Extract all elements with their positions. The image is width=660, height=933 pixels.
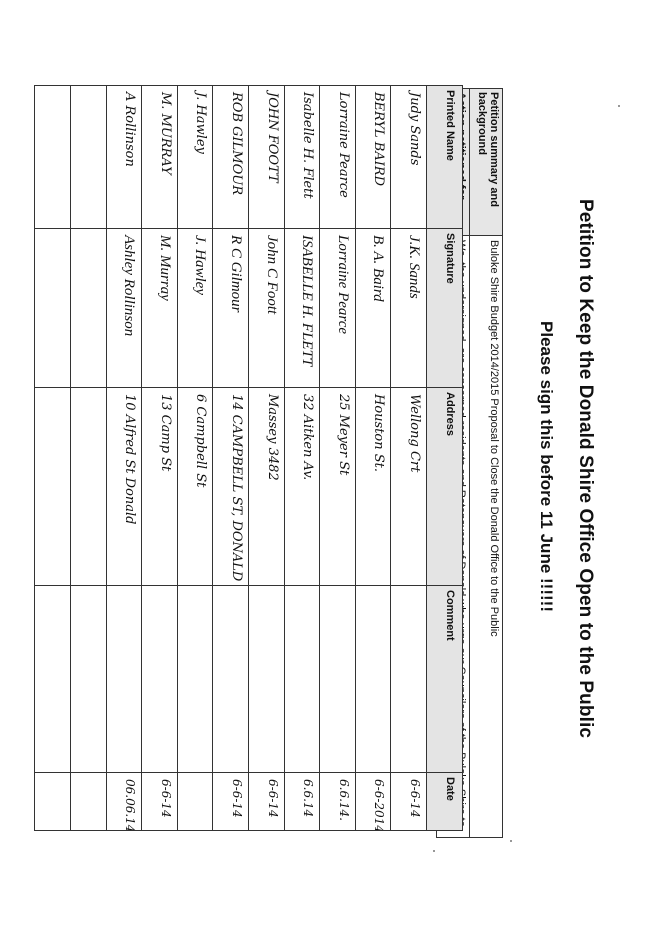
- table-row: Isabelle H. FlettISABELLE H. FLETT32 Ait…: [284, 86, 320, 831]
- petition-subtitle-text: Please sign this before 11 June !!!!!!: [537, 321, 556, 612]
- petition-page: Petition to Keep the Donald Shire Office…: [0, 0, 660, 933]
- cell-address: Wellong Crt: [391, 388, 427, 586]
- table-row: J. HawleyJ. Hawley6 Campbell St: [177, 86, 213, 831]
- column-header-address: Address: [427, 388, 463, 586]
- table-row: Judy SandsJ.K. SandsWellong Crt6-6-14: [391, 86, 427, 831]
- cell-address: 14 CAMPBELL ST, DONALD: [213, 388, 249, 586]
- column-header-comment: Comment: [427, 586, 463, 773]
- cell-name: M. MURRAY: [142, 86, 178, 229]
- table-row: ROB GILMOURR C Gilmour14 CAMPBELL ST, DO…: [213, 86, 249, 831]
- cell-comment: [71, 586, 107, 773]
- table-row: JOHN FOOTTJohn C FoottMassey 34826-6-14: [249, 86, 285, 831]
- cell-address: 25 Meyer St: [320, 388, 356, 586]
- cell-comment: [213, 586, 249, 773]
- scan-speck: [510, 840, 512, 842]
- cell-comment: [391, 586, 427, 773]
- cell-name: A Rollinson: [106, 86, 142, 229]
- summary-label: Petition summary and background: [470, 89, 503, 236]
- cell-address: Houston St.: [355, 388, 391, 586]
- cell-address: 13 Camp St: [142, 388, 178, 586]
- cell-name: J. Hawley: [177, 86, 213, 229]
- cell-date: [71, 773, 107, 831]
- cell-signature: J. Hawley: [177, 229, 213, 388]
- column-header-printed-name: Printed Name: [427, 86, 463, 229]
- scan-speck: [433, 850, 435, 852]
- scan-speck: [618, 105, 620, 107]
- cell-signature: Lorraine Pearce: [320, 229, 356, 388]
- cell-comment: [142, 586, 178, 773]
- cell-name: BERYL BAIRD: [355, 86, 391, 229]
- cell-date: 6.6.14: [284, 773, 320, 831]
- cell-name: Isabelle H. Flett: [284, 86, 320, 229]
- summary-row-background: Petition summary and background Buloke S…: [470, 89, 503, 838]
- cell-signature: [35, 229, 71, 388]
- cell-signature: ISABELLE H. FLETT: [284, 229, 320, 388]
- table-row: [35, 86, 71, 831]
- cell-date: 6.6.14.: [320, 773, 356, 831]
- cell-date: 6-6-14: [249, 773, 285, 831]
- cell-signature: [71, 229, 107, 388]
- summary-value: Buloke Shire Budget 2014/2015 Proposal t…: [470, 236, 503, 838]
- column-header-date: Date: [427, 773, 463, 831]
- petition-title: Petition to Keep the Donald Shire Office…: [574, 0, 596, 933]
- cell-address: 10 Alfred St Donald: [106, 388, 142, 586]
- cell-date: 6-6-14: [213, 773, 249, 831]
- cell-address: 6 Campbell St: [177, 388, 213, 586]
- table-row: M. MURRAYM. Murray13 Camp St6-6-14: [142, 86, 178, 831]
- cell-signature: John C Foott: [249, 229, 285, 388]
- cell-comment: [355, 586, 391, 773]
- cell-date: 6-6-2014: [355, 773, 391, 831]
- cell-comment: [320, 586, 356, 773]
- cell-comment: [106, 586, 142, 773]
- petition-title-text: Petition to Keep the Donald Shire Office…: [575, 199, 596, 738]
- cell-comment: [177, 586, 213, 773]
- cell-signature: Ashley Rollinson: [106, 229, 142, 388]
- cell-comment: [249, 586, 285, 773]
- cell-name: JOHN FOOTT: [249, 86, 285, 229]
- cell-signature: R C Gilmour: [213, 229, 249, 388]
- cell-date: 6-6-14: [142, 773, 178, 831]
- cell-date: 06.06.14: [106, 773, 142, 831]
- cell-date: [35, 773, 71, 831]
- cell-address: Massey 3482: [249, 388, 285, 586]
- signatures-body: Judy SandsJ.K. SandsWellong Crt6-6-14BER…: [35, 86, 427, 831]
- table-row: Lorraine PearceLorraine Pearce25 Meyer S…: [320, 86, 356, 831]
- cell-date: [177, 773, 213, 831]
- signatures-table: Printed Name Signature Address Comment D…: [34, 85, 463, 831]
- cell-signature: M. Murray: [142, 229, 178, 388]
- cell-address: [71, 388, 107, 586]
- cell-name: Judy Sands: [391, 86, 427, 229]
- cell-signature: J.K. Sands: [391, 229, 427, 388]
- cell-name: Lorraine Pearce: [320, 86, 356, 229]
- signatures-header-row: Printed Name Signature Address Comment D…: [427, 86, 463, 831]
- cell-comment: [35, 586, 71, 773]
- cell-name: [71, 86, 107, 229]
- cell-name: [35, 86, 71, 229]
- table-row: A RollinsonAshley Rollinson10 Alfred St …: [106, 86, 142, 831]
- cell-address: 32 Aitken Av.: [284, 388, 320, 586]
- cell-date: 6-6-14: [391, 773, 427, 831]
- cell-comment: [284, 586, 320, 773]
- cell-address: [35, 388, 71, 586]
- cell-signature: B. A. Baird: [355, 229, 391, 388]
- table-row: BERYL BAIRDB. A. BairdHouston St.6-6-201…: [355, 86, 391, 831]
- cell-name: ROB GILMOUR: [213, 86, 249, 229]
- column-header-signature: Signature: [427, 229, 463, 388]
- petition-subtitle: Please sign this before 11 June !!!!!!: [536, 0, 556, 933]
- table-row: [71, 86, 107, 831]
